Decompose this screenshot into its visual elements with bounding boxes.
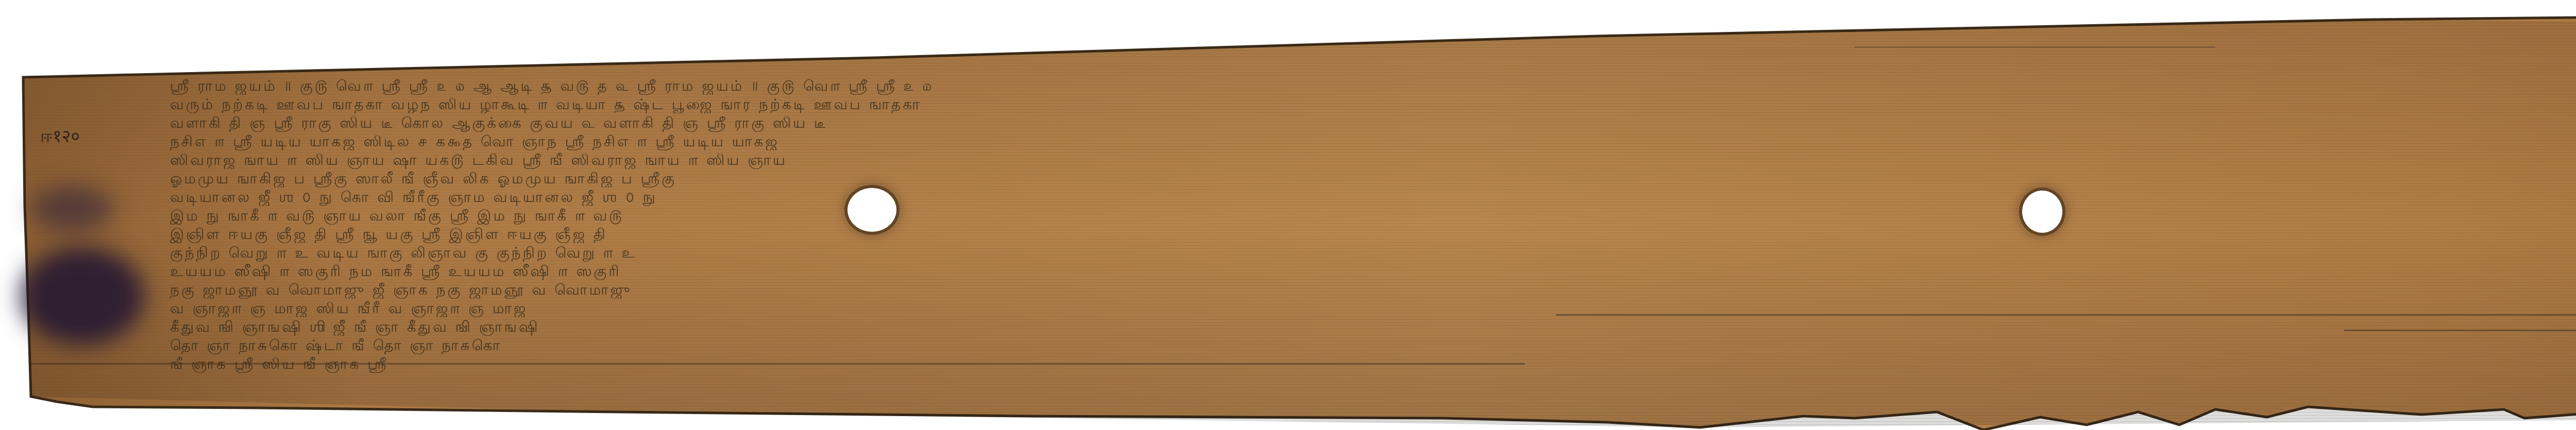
ruled-line — [1556, 314, 2576, 316]
catalog-mark: ஈ१२० — [40, 124, 80, 149]
ink-smudge — [31, 185, 113, 232]
ink-smudge — [21, 247, 144, 345]
ruled-line — [2344, 330, 2576, 331]
string-hole-left — [848, 188, 896, 232]
manuscript-scan: ஈ१२० ஶ்ரீ ராம ஜயம் ॥ கு௫ வெ௱ ஶ்ரீ ஸ்ரீ ௨… — [0, 0, 2576, 430]
ruled-line — [1855, 46, 2215, 48]
ruled-line — [31, 363, 1525, 365]
palm-leaf — [0, 0, 2576, 430]
string-hole-right — [2022, 191, 2062, 233]
